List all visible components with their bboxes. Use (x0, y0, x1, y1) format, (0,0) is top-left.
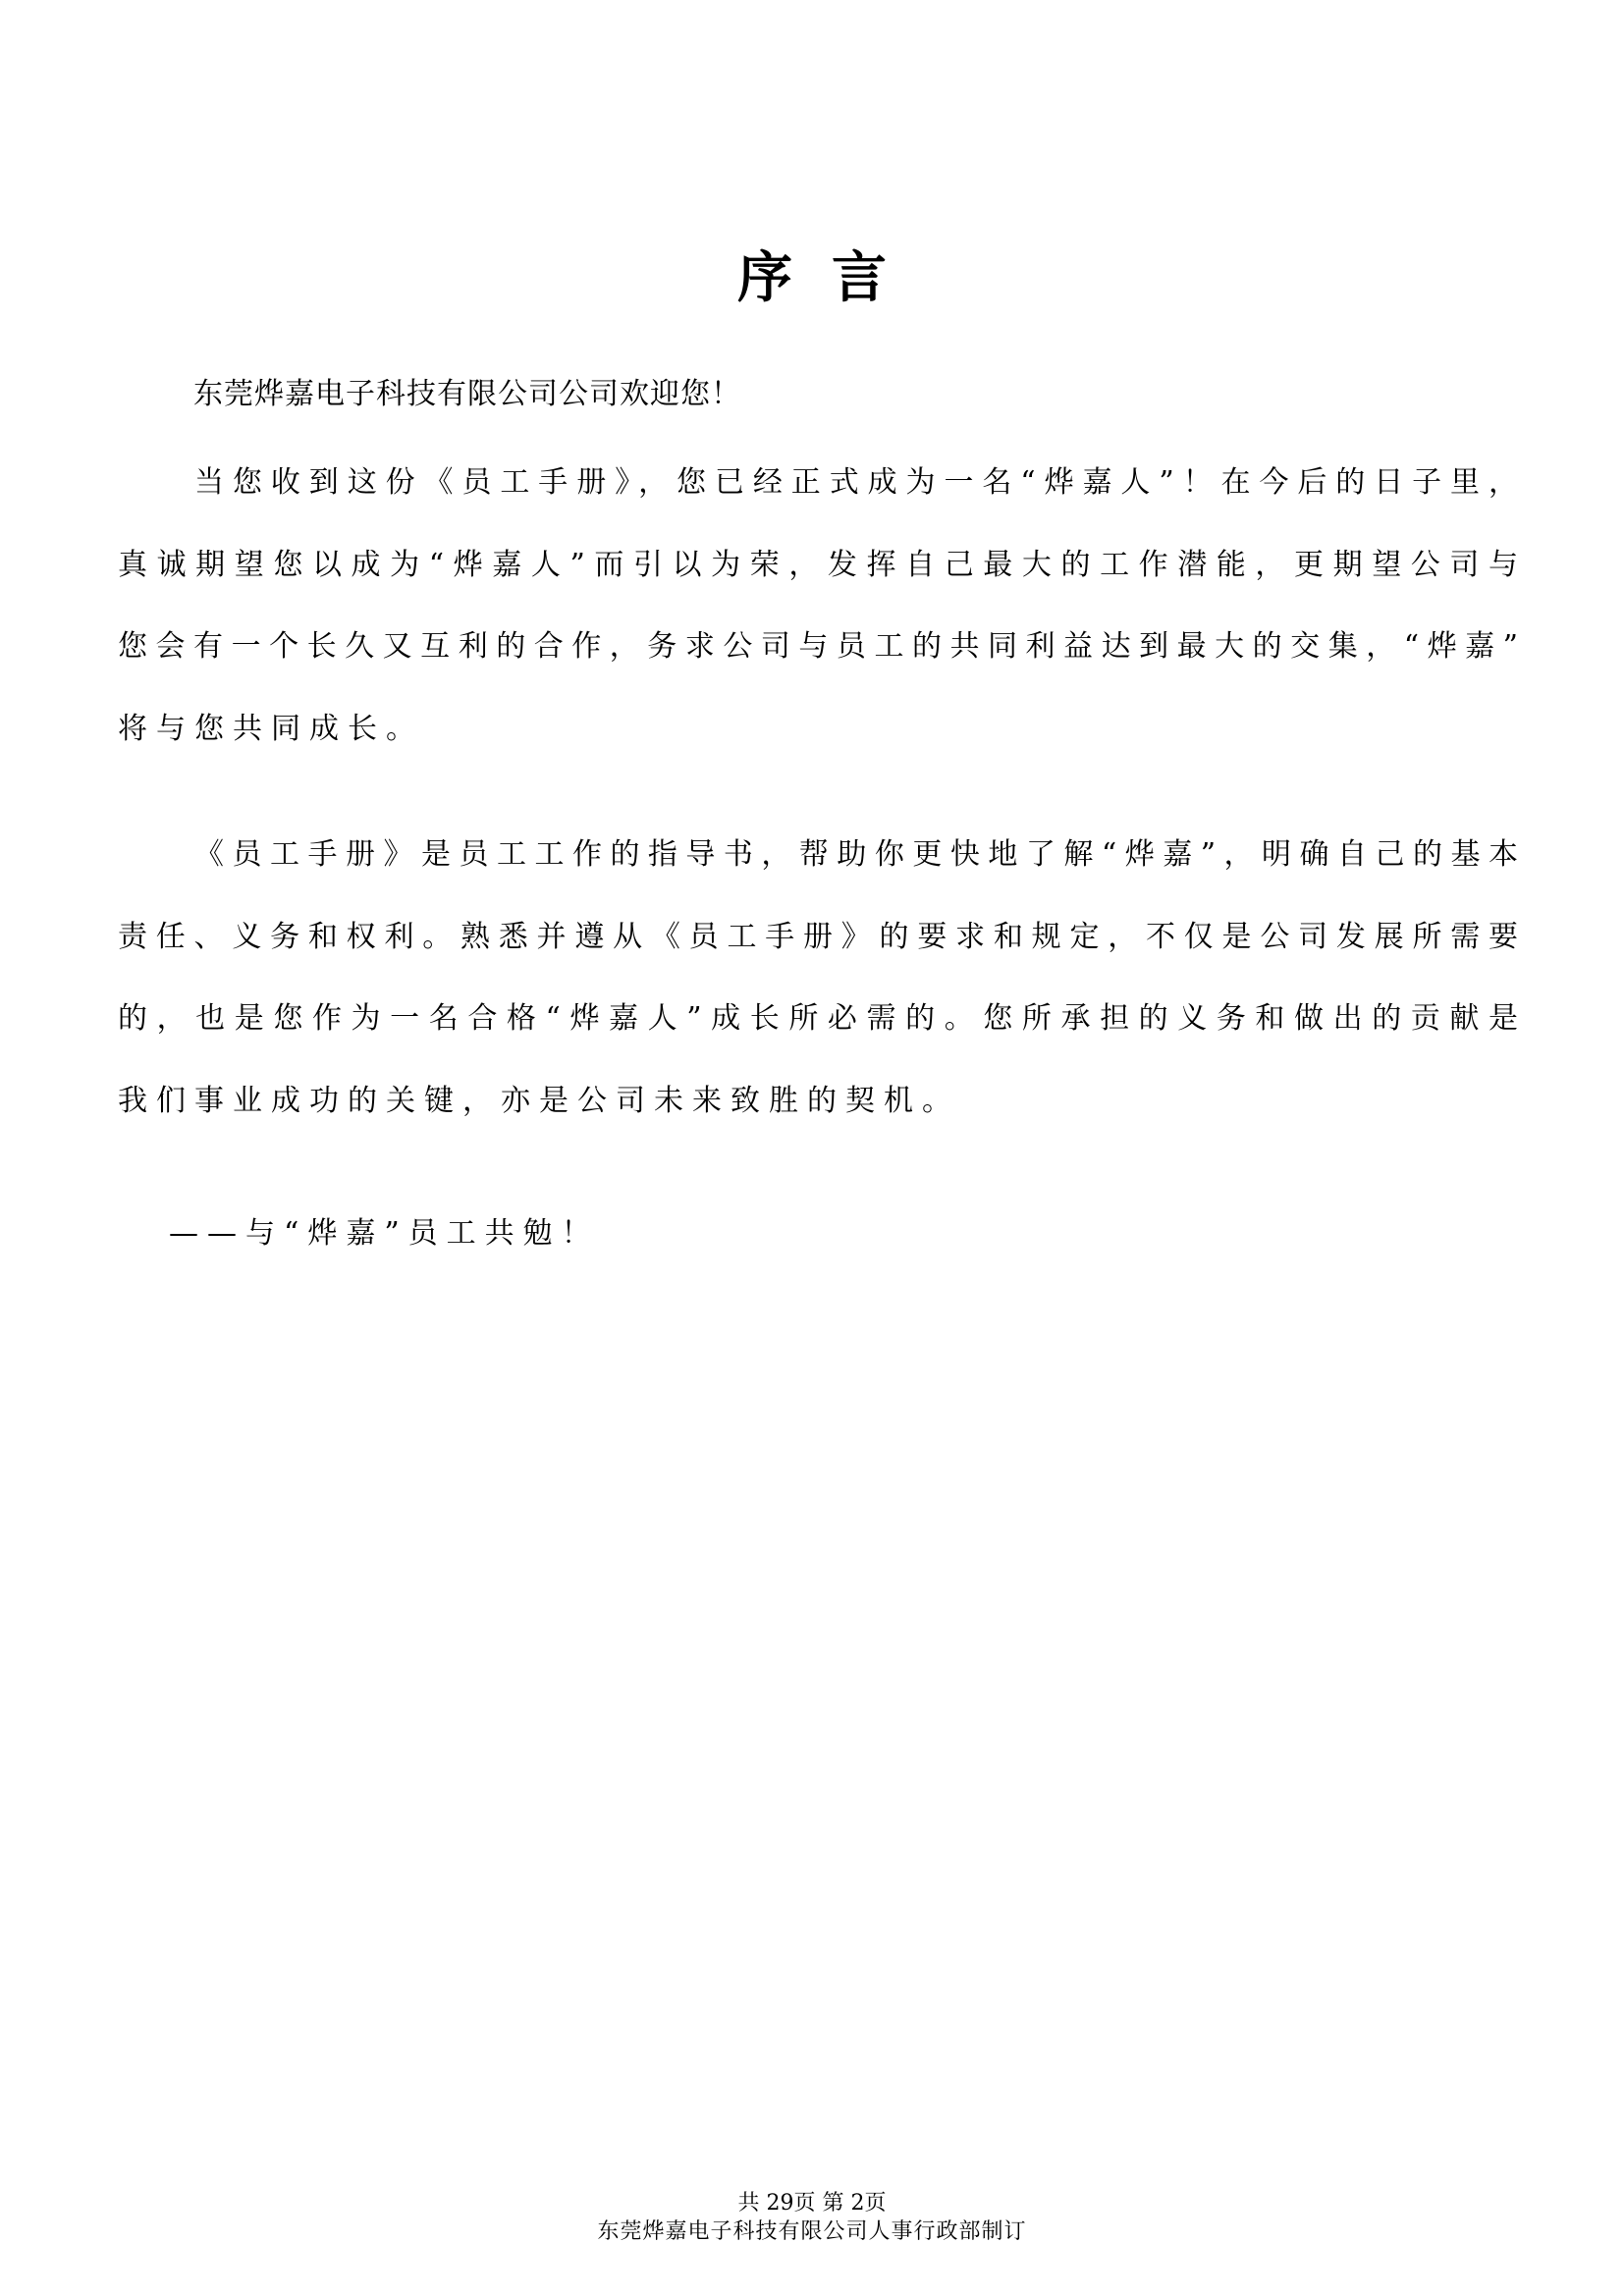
paragraph-line: 将与您共同成长。 (118, 710, 1518, 749)
paragraph-line: 真诚期望您以成为“烨嘉人”而引以为荣，发挥自己最大的工作潜能，更期望公司与 (118, 546, 1518, 585)
paragraph-line: 我们事业成功的关键，亦是公司未来致胜的契机。 (118, 1082, 1518, 1121)
footer-department: 东莞烨嘉电子科技有限公司人事行政部制订 (0, 2219, 1624, 2245)
document-page: 序言 东莞烨嘉电子科技有限公司公司欢迎您！ 当您收到这份《员工手册》，您已经正式… (0, 0, 1624, 2296)
paragraph-line: 的，也是您作为一名合格“烨嘉人”成长所必需的。您所承担的义务和做出的贡献是 (118, 999, 1518, 1039)
signoff-text: ——与“烨嘉”员工共勉！ (169, 1214, 600, 1254)
page-count: 共 29页 第 2页 (0, 2191, 1624, 2216)
paragraph-line: 《员工手册》是员工工作的指导书，帮助你更快地了解“烨嘉”，明确自己的基本 (194, 835, 1518, 875)
paragraph-line: 您会有一个长久又互利的合作，务求公司与员工的共同利益达到最大的交集，“烨嘉” (118, 627, 1518, 667)
paragraph-line: 当您收到这份《员工手册》，您已经正式成为一名“烨嘉人”！在今后的日子里， (194, 463, 1518, 503)
paragraph-line: 责任、义务和权利。熟悉并遵从《员工手册》的要求和规定，不仅是公司发展所需要 (118, 918, 1518, 957)
greeting-text: 东莞烨嘉电子科技有限公司公司欢迎您！ (193, 375, 741, 414)
page-title: 序言 (0, 243, 1624, 312)
